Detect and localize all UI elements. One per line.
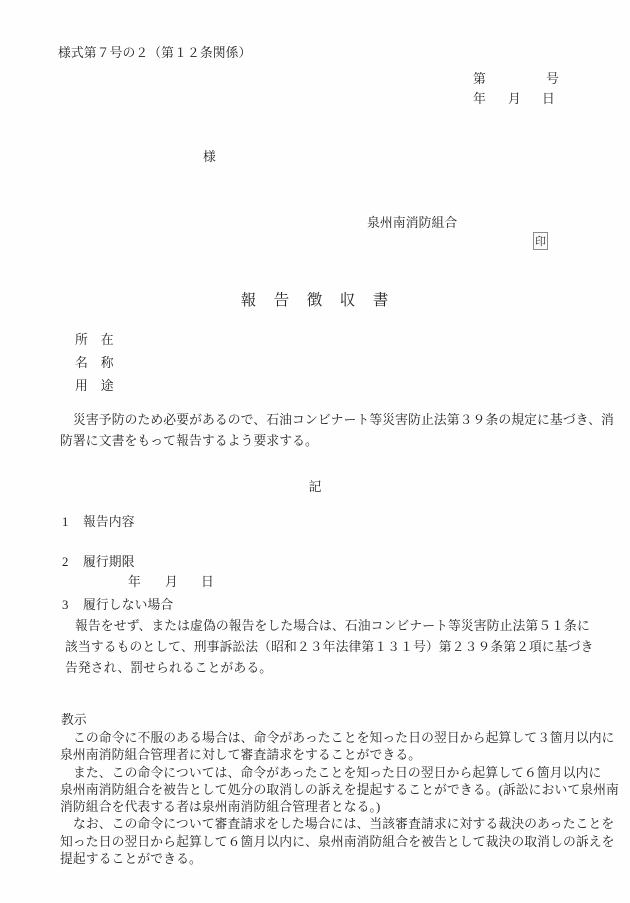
penalty-line: 該当するものとして、刑事訴訟法（昭和２３年法律第１３１号）第２３９条第２項に基づ… — [65, 640, 594, 655]
kyoji-line: 知った日の翌日から起算して６箇月以内に、泉州南消防組合を被告として裁決の取消しの… — [60, 835, 615, 850]
kyoji-line: 泉州南消防組合を被告として処分の取消しの訴えを提起することができる。(訴訟におい… — [60, 783, 619, 798]
body-line: 防署に文書をもって報告するよう要求する。 — [60, 434, 318, 449]
item-label: 報告内容 — [83, 515, 135, 530]
field-name-label: 名 称 — [75, 356, 114, 371]
date-day-label: 日 — [542, 92, 555, 107]
deadline-month-label: 月 — [165, 575, 178, 590]
item-number: 1 — [62, 515, 69, 530]
kyoji-line: 提起することができる。 — [60, 852, 202, 867]
form-number-label: 様式第７号の２（第１２条関係） — [58, 46, 251, 61]
date-year-label: 年 — [473, 92, 486, 107]
field-use-label: 用 途 — [75, 379, 114, 394]
issuer-name: 泉州南消防組合 — [367, 216, 457, 231]
addressee-honorific: 様 — [203, 150, 216, 165]
deadline-year-label: 年 — [128, 575, 141, 590]
document-page: 様式第７号の２（第１２条関係） 第 号 年 月 日 様 泉州南消防組合 印 報 … — [0, 0, 630, 903]
seal-placeholder-box: 印 — [533, 232, 548, 250]
kyoji-line: この命令に不服のある場合は、命令があったことを知った日の翌日から起算して３箇月以… — [73, 731, 615, 746]
document-title: 報 告 徴 収 書 — [0, 288, 630, 310]
date-month-label: 月 — [508, 92, 521, 107]
item-label: 履行期限 — [83, 555, 135, 570]
item-number: 2 — [62, 555, 69, 570]
penalty-line: 報告をせず、または虚偽の報告をした場合は、石油コンビナート等災害防止法第５１条に — [75, 619, 590, 634]
kyoji-line: また、この命令については、命令があったことを知った日の翌日から起算して６箇月以内… — [73, 766, 601, 781]
deadline-day-label: 日 — [201, 575, 214, 590]
ki-marker: 記 — [0, 476, 630, 495]
doc-number-suffix: 号 — [546, 72, 559, 87]
kyoji-heading: 教示 — [61, 713, 87, 728]
item-number: 3 — [62, 598, 69, 613]
kyoji-line: 泉州南消防組合管理者に対して審査請求をすることができる。 — [60, 748, 421, 763]
seal-label: 印 — [535, 233, 546, 249]
item-label: 履行しない場合 — [83, 598, 173, 613]
kyoji-line: 消防組合を代表する者は泉州南消防組合管理者となる。) — [60, 800, 380, 815]
body-line: 災害予防のため必要があるので、石油コンビナート等災害防止法第３９条の規定に基づき… — [73, 413, 614, 428]
field-location-label: 所 在 — [75, 333, 114, 348]
doc-number-prefix: 第 — [473, 72, 486, 87]
kyoji-line: なお、この命令について審査請求をした場合には、当該審査請求に対する裁決のあったこ… — [73, 817, 614, 832]
penalty-line: 告発され、罰せられることがある。 — [65, 661, 272, 676]
